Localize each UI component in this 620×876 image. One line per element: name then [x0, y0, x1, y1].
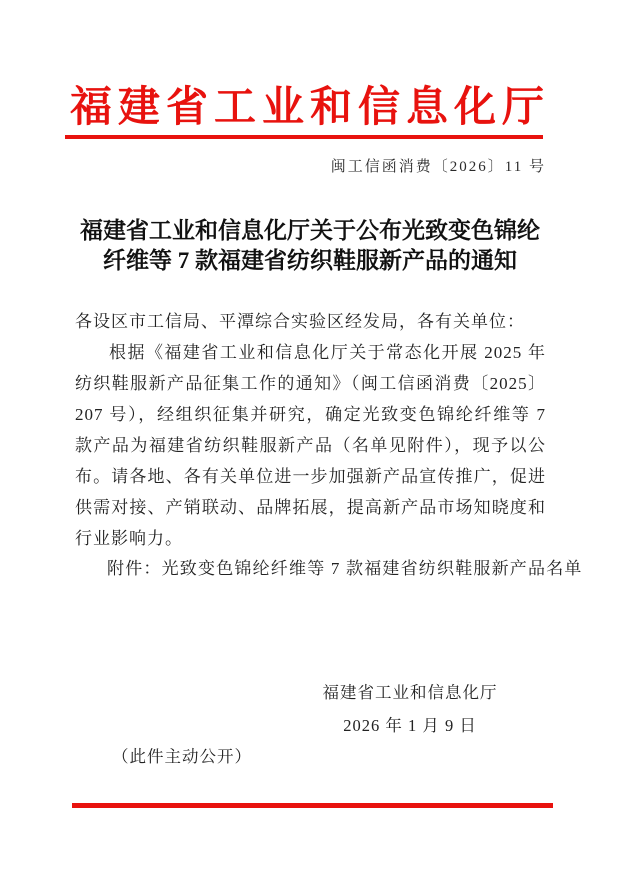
- disclosure-note: （此件主动公开）: [112, 743, 252, 767]
- signature-date: 2026 年 1 月 9 日: [275, 709, 545, 742]
- signature-agency: 福建省工业和信息化厅: [275, 676, 545, 709]
- document-title-line2: 纤维等 7 款福建省纺织鞋服新产品的通知: [30, 246, 590, 276]
- salutation-line: 各设区市工信局、平潭综合实验区经发局，各有关单位：: [75, 306, 546, 337]
- letterhead-red-rule: [65, 135, 543, 139]
- signature-block: 福建省工业和信息化厅 2026 年 1 月 9 日: [275, 676, 545, 742]
- document-body: 各设区市工信局、平潭综合实验区经发局，各有关单位： 根据《福建省工业和信息化厅关…: [75, 306, 546, 554]
- document-reference-number: 闽工信函消费〔2026〕11 号: [331, 155, 546, 176]
- document-title-line1: 福建省工业和信息化厅关于公布光致变色锦纶: [30, 216, 590, 246]
- attachment-reference-line: 附件：光致变色锦纶纤维等 7 款福建省纺织鞋服新产品名单: [107, 554, 583, 579]
- letterhead-agency-title: 福建省工业和信息化厅: [0, 74, 620, 134]
- document-title: 福建省工业和信息化厅关于公布光致变色锦纶 纤维等 7 款福建省纺织鞋服新产品的通…: [30, 216, 590, 276]
- body-paragraph: 根据《福建省工业和信息化厅关于常态化开展 2025 年纺织鞋服新产品征集工作的通…: [75, 337, 546, 554]
- official-document-page: 福建省工业和信息化厅 闽工信函消费〔2026〕11 号 福建省工业和信息化厅关于…: [0, 0, 620, 876]
- footer-red-rule: [72, 803, 553, 808]
